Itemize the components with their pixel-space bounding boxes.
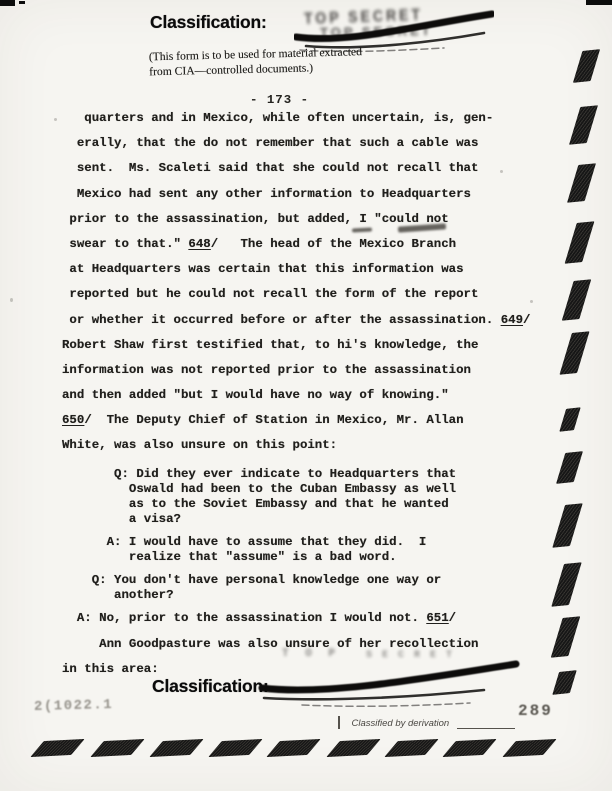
scan-speck (54, 118, 57, 121)
text-segment: A: No, prior to the assassination I woul… (62, 611, 426, 625)
body-line: prior to the assassination, but added, I… (62, 207, 572, 232)
body-line: at Headquarters was certain that this in… (62, 257, 572, 282)
film-strip-mark (90, 739, 144, 757)
scan-corner-mark (586, 0, 612, 5)
film-strip-mark (149, 739, 203, 757)
body-line: 650/ The Deputy Chief of Station in Mexi… (62, 408, 572, 433)
film-strip-mark (502, 739, 556, 757)
text-segment: / The head of the Mexico Branch (211, 237, 456, 251)
qa-line: another? (62, 588, 572, 603)
text-segment: reported but he could not recall the for… (62, 287, 478, 301)
qa-block: A: No, prior to the assassination I woul… (62, 611, 572, 626)
document-number-stamp: 2(1022.1 (34, 697, 114, 715)
text-segment: White, was also unsure on this point: (62, 438, 337, 452)
body-line: swear to that." 648/ The head of the Mex… (62, 232, 572, 257)
scan-corner-mark (19, 1, 25, 4)
footnote-reference: 649 (501, 313, 523, 327)
text-segment: or whether it occurred before or after t… (62, 313, 501, 327)
qa-line: a visa? (62, 512, 572, 527)
qa-block: Q: Did they ever indicate to Headquarter… (62, 467, 572, 527)
text-segment: A: I would have to assume that they did.… (62, 535, 426, 549)
qa-line: Oswald had been to the Cuban Embassy as … (62, 482, 572, 497)
text-segment: / (449, 611, 456, 625)
body-line: quarters and in Mexico, while often unce… (62, 106, 572, 131)
film-strip-mark (326, 739, 380, 757)
scan-speck (530, 300, 533, 303)
film-strip-mark (442, 739, 496, 757)
body-line: Robert Shaw first testified that, to hi'… (62, 333, 572, 358)
qa-line: as to the Soviet Embassy and that he wan… (62, 497, 572, 512)
text-segment: as to the Soviet Embassy and that he wan… (62, 497, 449, 511)
body-line: reported but he could not recall the for… (62, 282, 572, 307)
separator-bar (338, 716, 340, 729)
text-segment: in this area: (62, 662, 159, 676)
body-line: Mexico had sent any other information to… (62, 182, 572, 207)
classification-label-bottom: Classification: (152, 676, 269, 697)
classification-stamp-struck-bottom: T O P S E C R E T (256, 646, 522, 712)
text-segment: Oswald had been to the Cuban Embassy as … (62, 482, 456, 496)
body-line: and then added "but I would have no way … (62, 383, 572, 408)
body-line: White, was also unsure on this point: (62, 433, 572, 458)
text-segment: quarters and in Mexico, while often unce… (62, 111, 493, 125)
film-strip-mark (384, 739, 438, 757)
film-strip-mark (30, 739, 84, 757)
qa-block: A: I would have to assume that they did.… (62, 535, 572, 565)
text-segment: / (523, 313, 530, 327)
footnote-reference: 650 (62, 413, 84, 427)
qa-line: realize that "assume" is a bad word. (62, 550, 572, 565)
classified-by-label: Classified by derivation (352, 718, 450, 729)
film-strip-mark (573, 49, 600, 83)
classified-by-line: Classified by derivation (338, 716, 515, 729)
record-number-stamp: 289 (518, 702, 553, 720)
body-line: information was not reported prior to th… (62, 358, 572, 383)
text-segment: at Headquarters was certain that this in… (62, 262, 464, 276)
text-segment: swear to that." (62, 237, 188, 251)
text-segment: sent. Ms. Scaleti said that she could no… (62, 161, 478, 175)
strikeout-scribble-icon (256, 646, 522, 712)
text-segment: Robert Shaw first testified that, to hi'… (62, 338, 478, 352)
footnote-reference: 651 (426, 611, 448, 625)
typed-text: quarters and in Mexico, while often unce… (62, 106, 572, 682)
text-segment: a visa? (62, 512, 181, 526)
scan-speck (500, 170, 503, 173)
text-segment: Mexico had sent any other information to… (62, 187, 471, 201)
text-segment: prior to the assassination, but added, I… (62, 212, 449, 226)
film-strip-mark (266, 739, 320, 757)
scan-corner-mark (0, 0, 15, 6)
qa-block: Q: You don't have personal knowledge one… (62, 573, 572, 603)
film-strip-mark (208, 739, 262, 757)
qa-line: Q: Did they ever indicate to Headquarter… (62, 467, 572, 482)
text-segment: information was not reported prior to th… (62, 363, 471, 377)
scanned-document-page: Classification: TOP SECRET TOP SECRET (T… (0, 0, 612, 791)
classification-label-top: Classification: (150, 12, 267, 33)
qa-line: A: I would have to assume that they did.… (62, 535, 572, 550)
body-line: or whether it occurred before or after t… (62, 308, 572, 333)
text-segment: Q: Did they ever indicate to Headquarter… (62, 467, 456, 481)
text-segment: and then added "but I would have no way … (62, 388, 449, 402)
body-line: sent. Ms. Scaleti said that she could no… (62, 156, 572, 181)
qa-line: Q: You don't have personal knowledge one… (62, 573, 572, 588)
form-note: (This form is to be used for material ex… (149, 43, 425, 80)
scan-speck (10, 298, 13, 302)
blank-underline (457, 718, 515, 729)
qa-line: A: No, prior to the assassination I woul… (62, 611, 572, 626)
text-segment: Q: You don't have personal knowledge one… (62, 573, 441, 587)
text-segment: / The Deputy Chief of Station in Mexico,… (84, 413, 463, 427)
body-line: erally, that the do not remember that su… (62, 131, 572, 156)
page-number: - 173 - (250, 93, 309, 107)
footnote-reference: 648 (188, 237, 210, 251)
text-segment: another? (62, 588, 174, 602)
film-strip-mark (569, 105, 598, 145)
text-segment: realize that "assume" is a bad word. (62, 550, 397, 564)
text-segment: erally, that the do not remember that su… (62, 136, 478, 150)
